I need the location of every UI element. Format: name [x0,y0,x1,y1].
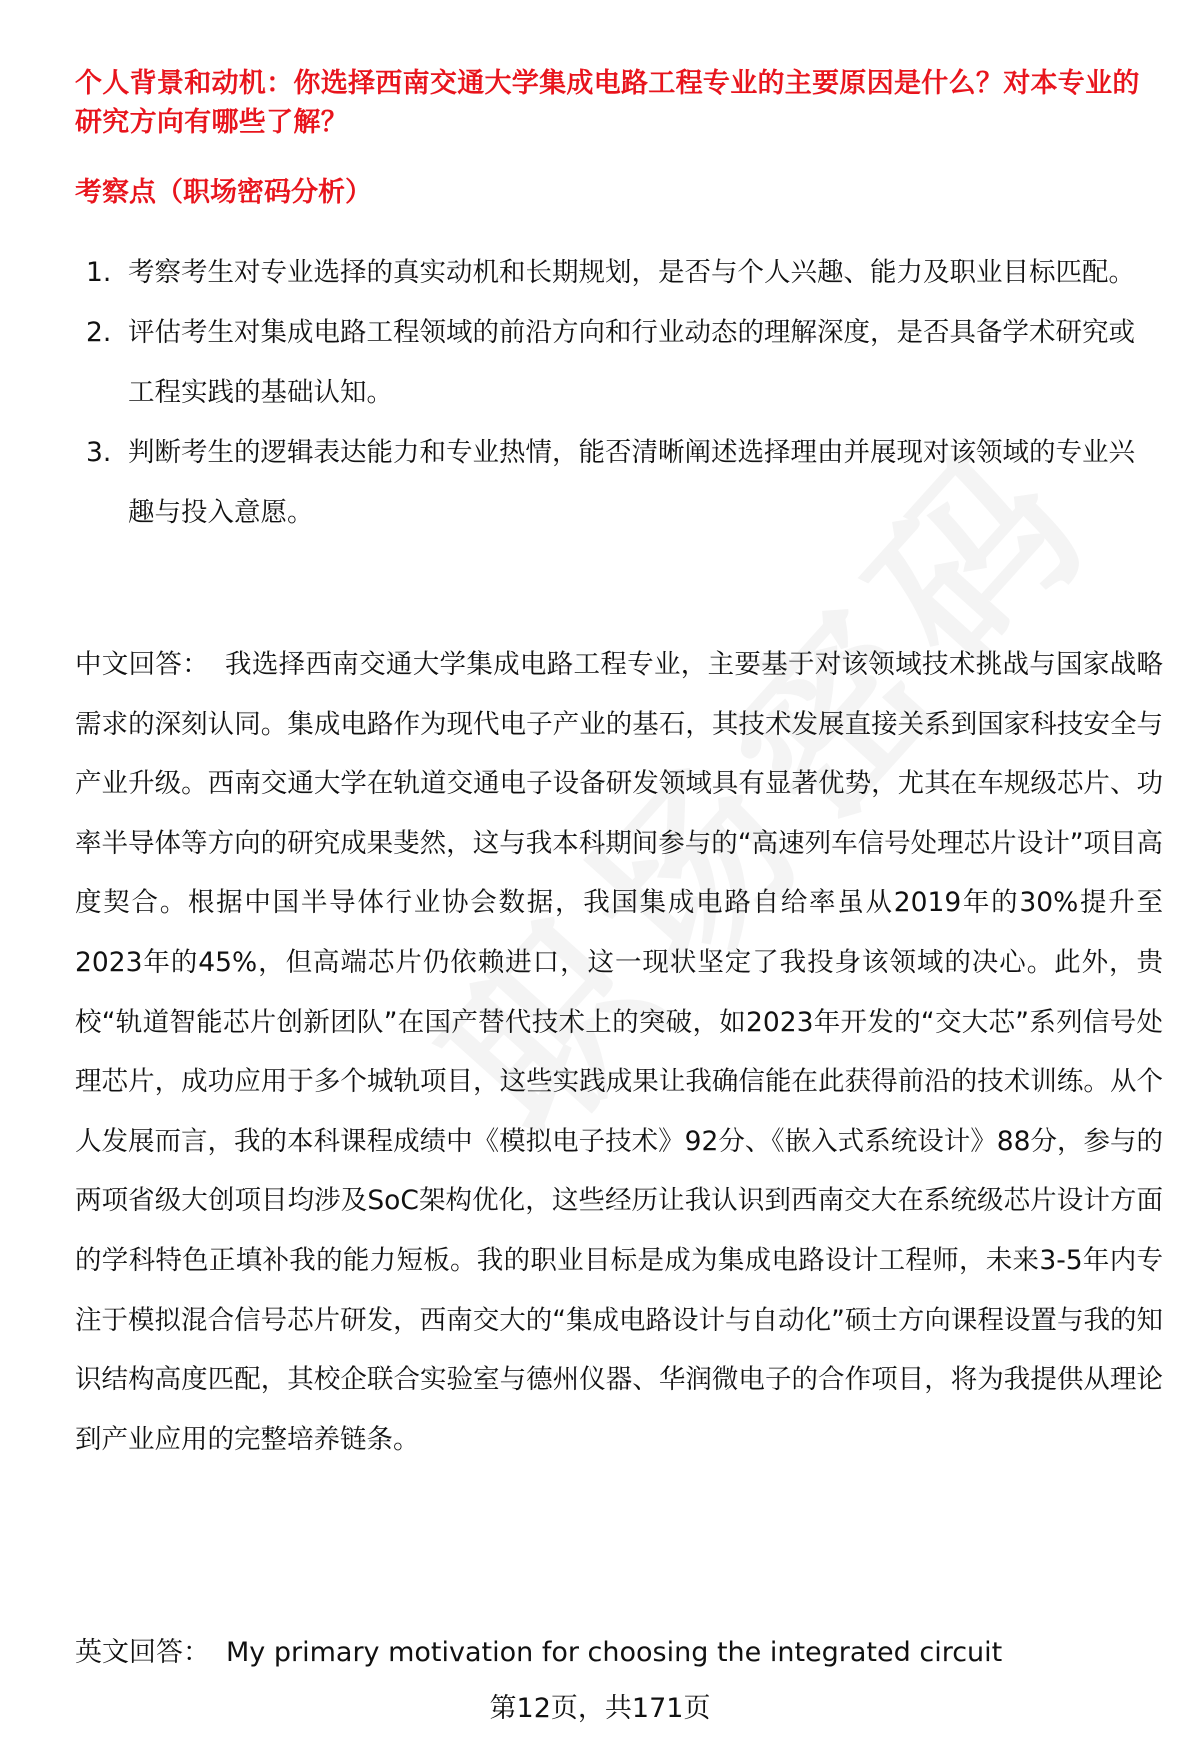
point-number: 3. [86,423,111,483]
page-indicator: 第12页，共171页 [490,1693,711,1724]
assessment-point: 1. 考察考生对专业选择的真实动机和长期规划，是否与个人兴趣、能力及职业目标匹配… [75,243,1148,303]
question-title: 个人背景和动机：你选择西南交通大学集成电路工程专业的主要原因是什么？对本专业的研… [75,64,1165,142]
point-number: 2. [86,303,111,363]
assessment-point: 3. 判断考生的逻辑表达能力和专业热情，能否清晰阐述选择理由并展现对该领域的专业… [75,423,1148,543]
english-answer-label: 英文回答： [75,1637,210,1668]
chinese-answer: 中文回答：我选择西南交通大学集成电路工程专业，主要基于对该领域技术挑战与国家战略… [75,635,1163,1469]
page-footer: 第12页，共171页 [0,1690,1200,1728]
point-text: 考察考生对专业选择的真实动机和长期规划，是否与个人兴趣、能力及职业目标匹配。 [128,257,1135,288]
assessment-section-heading: 考察点（职场密码分析） [75,174,372,212]
assessment-points-list: 1. 考察考生对专业选择的真实动机和长期规划，是否与个人兴趣、能力及职业目标匹配… [75,243,1165,543]
chinese-answer-label: 中文回答： [75,649,209,680]
point-number: 1. [86,243,111,303]
english-answer-text: My primary motivation for choosing the i… [226,1637,1002,1668]
point-text: 评估考生对集成电路工程领域的前沿方向和行业动态的理解深度，是否具备学术研究或工程… [128,317,1135,408]
point-text: 判断考生的逻辑表达能力和专业热情，能否清晰阐述选择理由并展现对该领域的专业兴趣与… [128,437,1135,528]
chinese-answer-text: 我选择西南交通大学集成电路工程专业，主要基于对该领域技术挑战与国家战略需求的深刻… [75,649,1163,1455]
english-answer: 英文回答：My primary motivation for choosing … [75,1623,1165,1683]
assessment-point: 2. 评估考生对集成电路工程领域的前沿方向和行业动态的理解深度，是否具备学术研究… [75,303,1148,423]
